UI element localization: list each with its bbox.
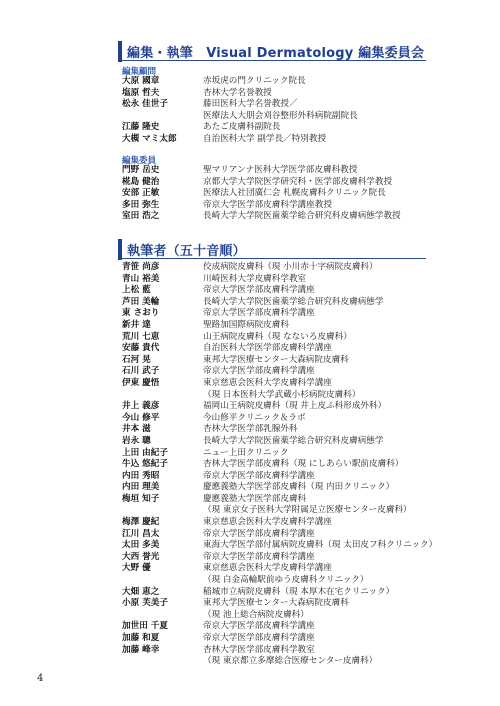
person-name <box>122 656 203 668</box>
person-name: 岩永 聰 <box>122 436 203 448</box>
person-name: 芦田 美輪 <box>122 297 203 309</box>
affiliation: 東海大学医学部付属病院皮膚科（現 太田皮フ科クリニック） <box>203 540 437 552</box>
list-item: 江川 昌太帝京大学医学部皮膚科学講座 <box>122 529 437 541</box>
affiliation: 佼成病院皮膚科（現 小川赤十字病院皮膚科） <box>203 262 378 274</box>
person-name: 大槻 マミ太郎 <box>122 134 203 146</box>
affiliation: 医療法人大朋会刈谷整形外科病院副院長 <box>203 111 358 123</box>
list-item: 門野 岳史聖マリアンナ医科大学医学部皮膚科教授 <box>122 165 401 177</box>
list-item: 内田 秀昭帝京大学医学部皮膚科学講座 <box>122 471 437 483</box>
list-item: 椛島 健治京都大学大学院医学研究科・医学部皮膚科学教授 <box>122 177 401 189</box>
affiliation: （現 東京女子医科大学附属足立医療センター皮膚科） <box>203 505 412 517</box>
list-item: 医療法人大朋会刈谷整形外科病院副院長 <box>122 111 358 123</box>
list-item: 大原 國章赤坂虎の門クリニック院長 <box>122 76 358 88</box>
person-name: 内田 理美 <box>122 482 203 494</box>
affiliation: （現 池上総合病院皮膚科） <box>203 610 309 622</box>
person-name: 大西 誉光 <box>122 552 203 564</box>
person-name <box>122 575 203 587</box>
list-item: 井本 滋杏林大学医学部乳腺外科 <box>122 424 437 436</box>
affiliation: 帝京大学医学部皮膚科学講座 <box>203 529 315 541</box>
person-name: 東 さおり <box>122 308 203 320</box>
person-name: 安藤 貴代 <box>122 343 203 355</box>
affiliation: 稲城市立病院皮膚科（現 本厚木在宅クリニック） <box>203 587 394 599</box>
list-item: 松永 佳世子藤田医科大学名誉教授／ <box>122 99 358 111</box>
list-item: （現 池上総合病院皮膚科） <box>122 610 437 622</box>
list-item: （現 東京都立多摩総合医療センター皮膚科） <box>122 656 437 668</box>
section-heading-editorial-board: 編集・執筆 Visual Dermatology 編集委員会 <box>118 40 426 61</box>
list-item: 上松 藍帝京大学医学部皮膚科学講座 <box>122 285 437 297</box>
list-item: 東 さおり帝京大学医学部皮膚科学講座 <box>122 308 437 320</box>
affiliation: 東邦大学医療センター大森病院皮膚科 <box>203 598 349 610</box>
person-name: 加世田 千夏 <box>122 621 203 633</box>
affiliation: 帝京大学医学部皮膚科学講座教授 <box>203 200 332 212</box>
affiliation: 帝京大学医学部皮膚科学講座 <box>203 366 315 378</box>
person-name: 加藤 和夏 <box>122 633 203 645</box>
affiliation: 自治医科大学 副学長／特別教授 <box>203 134 326 146</box>
affiliation: 藤田医科大学名誉教授／ <box>203 99 298 111</box>
affiliation: 東京慈恵会医科大学皮膚科学講座 <box>203 517 332 529</box>
affiliation: 福岡山王病院皮膚科（現 井上皮ふ科形成外科） <box>203 401 386 413</box>
affiliation: 帝京大学医学部皮膚科学講座 <box>203 285 315 297</box>
affiliation: 東邦大学医療センター大森病院皮膚科 <box>203 355 349 367</box>
list-item: 青山 裕美川崎医科大学皮膚科学教室 <box>122 274 437 286</box>
list-item: 内田 理美慶應義塾大学医学部皮膚科（現 内田クリニック） <box>122 482 437 494</box>
list-item: 伊東 慶悟東京慈恵会医科大学皮膚科学講座 <box>122 378 437 390</box>
affiliation: 東京慈恵会医科大学皮膚科学講座 <box>203 378 332 390</box>
affiliation: 慶應義塾大学医学部皮膚科（現 内田クリニック） <box>203 482 394 494</box>
person-name: 門野 岳史 <box>122 165 203 177</box>
affiliation: （現 日本医科大学武蔵小杉病院皮膚科） <box>203 390 360 402</box>
affiliation: 帝京大学医学部皮膚科学講座 <box>203 621 315 633</box>
affiliation: 長崎大学大学院医歯薬学総合研究科皮膚病態学 <box>203 297 383 309</box>
person-name: 大野 優 <box>122 563 203 575</box>
affiliation: あたご皮膚科副院長 <box>203 122 280 134</box>
person-name: 内田 秀昭 <box>122 471 203 483</box>
list-item: 太田 多美東海大学医学部付属病院皮膚科（現 太田皮フ科クリニック） <box>122 540 437 552</box>
person-name: 井本 滋 <box>122 424 203 436</box>
list-item: 大西 誉光帝京大学医学部皮膚科学講座 <box>122 552 437 564</box>
person-name: 加藤 峰幸 <box>122 645 203 657</box>
list-item: 青笹 尚彦佼成病院皮膚科（現 小川赤十字病院皮膚科） <box>122 262 437 274</box>
list-item: （現 日本医科大学武蔵小杉病院皮膚科） <box>122 390 437 402</box>
person-name: 梅垣 知子 <box>122 494 203 506</box>
person-name: 塩原 哲夫 <box>122 88 203 100</box>
person-name <box>122 610 203 622</box>
affiliation: 帝京大学医学部皮膚科学講座 <box>203 471 315 483</box>
person-name: 太田 多美 <box>122 540 203 552</box>
affiliation: 慶應義塾大学医学部皮膚科 <box>203 494 306 506</box>
list-item: 加藤 和夏帝京大学医学部皮膚科学講座 <box>122 633 437 645</box>
person-name: 新井 達 <box>122 320 203 332</box>
person-name: 牛込 悠紀子 <box>122 459 203 471</box>
affiliation: 山王病院皮膚科（現 なないろ皮膚科） <box>203 332 352 344</box>
list-item: 江藤 隆史あたご皮膚科副院長 <box>122 122 358 134</box>
person-name: 安部 正敏 <box>122 188 203 200</box>
list-item: 梅澤 慶紀東京慈恵会医科大学皮膚科学講座 <box>122 517 437 529</box>
person-name: 江川 昌太 <box>122 529 203 541</box>
person-name: 青山 裕美 <box>122 274 203 286</box>
person-name: 松永 佳世子 <box>122 99 203 111</box>
heading-accent-bar <box>118 41 122 62</box>
affiliation: 長崎大学大学院医歯薬学総合研究科皮膚病態学教授 <box>203 211 401 223</box>
affiliation: 東京慈恵会医科大学皮膚科学講座 <box>203 563 332 575</box>
person-name: 荒川 七恵 <box>122 332 203 344</box>
list-item: （現 白金高輪駅前ゆう皮膚科クリニック） <box>122 575 437 587</box>
heading-accent-bar <box>118 239 122 260</box>
affiliation: 杏林大学医学部乳腺外科 <box>203 424 298 436</box>
heading-title: 編集・執筆 Visual Dermatology 編集委員会 <box>127 42 424 61</box>
list-item: 荒川 七恵山王病院皮膚科（現 なないろ皮膚科） <box>122 332 437 344</box>
list-item: 梅垣 知子慶應義塾大学医学部皮膚科 <box>122 494 437 506</box>
list-item: 大畑 恵之稲城市立病院皮膚科（現 本厚木在宅クリニック） <box>122 587 437 599</box>
section-heading-authors: 執筆者（五十音順） <box>118 238 426 259</box>
list-item: 牛込 悠紀子杏林大学医学部皮膚科（現 にしあらい駅前皮膚科） <box>122 459 437 471</box>
affiliation: 医療法人社団廣仁会 札幌皮膚科クリニック院長 <box>203 188 386 200</box>
list-item: 上田 由紀子ニュー上田クリニック <box>122 448 437 460</box>
list-item: 今山 修平今山修平クリニック＆ラボ <box>122 413 437 425</box>
list-item: 加世田 千夏帝京大学医学部皮膚科学講座 <box>122 621 437 633</box>
list-item: 井上 義彦福岡山王病院皮膚科（現 井上皮ふ科形成外科） <box>122 401 437 413</box>
list-item: 岩永 聰長崎大学大学院医歯薬学総合研究科皮膚病態学 <box>122 436 437 448</box>
affiliation: 自治医科大学医学部皮膚科学講座 <box>203 343 332 355</box>
list-item: 芦田 美輪長崎大学大学院医歯薬学総合研究科皮膚病態学 <box>122 297 437 309</box>
person-name: 石川 武子 <box>122 366 203 378</box>
person-name <box>122 505 203 517</box>
affiliation: 帝京大学医学部皮膚科学講座 <box>203 552 315 564</box>
list-item: 多田 弥生帝京大学医学部皮膚科学講座教授 <box>122 200 401 212</box>
person-name <box>122 111 203 123</box>
affiliation: 杏林大学名誉教授 <box>203 88 272 100</box>
person-name: 伊東 慶悟 <box>122 378 203 390</box>
affiliation: 帝京大学医学部皮膚科学講座 <box>203 308 315 320</box>
person-name: 梅澤 慶紀 <box>122 517 203 529</box>
list-item: 塩原 哲夫杏林大学名誉教授 <box>122 88 358 100</box>
affiliation: 聖路加国際病院皮膚科 <box>203 320 289 332</box>
affiliation: （現 東京都立多摩総合医療センター皮膚科） <box>203 656 377 668</box>
affiliation: 帝京大学医学部皮膚科学講座 <box>203 633 315 645</box>
person-name: 多田 弥生 <box>122 200 203 212</box>
members-list: 門野 岳史聖マリアンナ医科大学医学部皮膚科教授椛島 健治京都大学大学院医学研究科… <box>122 165 401 223</box>
heading-title: 執筆者（五十音順） <box>127 240 246 259</box>
affiliation: ニュー上田クリニック <box>203 448 288 460</box>
person-name: 井上 義彦 <box>122 401 203 413</box>
page-number: 4 <box>37 673 43 684</box>
person-name <box>122 390 203 402</box>
person-name: 椛島 健治 <box>122 177 203 189</box>
list-item: 室田 浩之長崎大学大学院医歯薬学総合研究科皮膚病態学教授 <box>122 211 401 223</box>
list-item: 石川 武子帝京大学医学部皮膚科学講座 <box>122 366 437 378</box>
person-name: 大畑 恵之 <box>122 587 203 599</box>
affiliation: 長崎大学大学院医歯薬学総合研究科皮膚病態学 <box>203 436 383 448</box>
affiliation: 赤坂虎の門クリニック院長 <box>203 76 306 88</box>
list-item: （現 東京女子医科大学附属足立医療センター皮膚科） <box>122 505 437 517</box>
affiliation: 川崎医科大学皮膚科学教室 <box>203 274 306 286</box>
person-name: 小原 芙美子 <box>122 598 203 610</box>
list-item: 大野 優東京慈恵会医科大学皮膚科学講座 <box>122 563 437 575</box>
person-name: 室田 浩之 <box>122 211 203 223</box>
list-item: 大槻 マミ太郎自治医科大学 副学長／特別教授 <box>122 134 358 146</box>
person-name: 江藤 隆史 <box>122 122 203 134</box>
authors-list: 青笹 尚彦佼成病院皮膚科（現 小川赤十字病院皮膚科）青山 裕美川崎医科大学皮膚科… <box>122 262 437 668</box>
person-name: 石河 晃 <box>122 355 203 367</box>
affiliation: （現 白金高輪駅前ゆう皮膚科クリニック） <box>203 575 369 587</box>
person-name: 大原 國章 <box>122 76 203 88</box>
list-item: 加藤 峰幸杏林大学医学部皮膚科学教室 <box>122 645 437 657</box>
affiliation: 杏林大学医学部皮膚科（現 にしあらい駅前皮膚科） <box>203 459 403 471</box>
affiliation: 聖マリアンナ医科大学医学部皮膚科教授 <box>203 165 357 177</box>
person-name: 今山 修平 <box>122 413 203 425</box>
list-item: 安部 正敏医療法人社団廣仁会 札幌皮膚科クリニック院長 <box>122 188 401 200</box>
advisors-list: 大原 國章赤坂虎の門クリニック院長塩原 哲夫杏林大学名誉教授松永 佳世子藤田医科… <box>122 76 358 146</box>
affiliation: 京都大学大学院医学研究科・医学部皮膚科学教授 <box>203 177 392 189</box>
list-item: 新井 達聖路加国際病院皮膚科 <box>122 320 437 332</box>
list-item: 小原 芙美子東邦大学医療センター大森病院皮膚科 <box>122 598 437 610</box>
list-item: 安藤 貴代自治医科大学医学部皮膚科学講座 <box>122 343 437 355</box>
person-name: 青笹 尚彦 <box>122 262 203 274</box>
person-name: 上田 由紀子 <box>122 448 203 460</box>
list-item: 石河 晃東邦大学医療センター大森病院皮膚科 <box>122 355 437 367</box>
person-name: 上松 藍 <box>122 285 203 297</box>
affiliation: 今山修平クリニック＆ラボ <box>203 413 306 425</box>
affiliation: 杏林大学医学部皮膚科学教室 <box>203 645 315 657</box>
